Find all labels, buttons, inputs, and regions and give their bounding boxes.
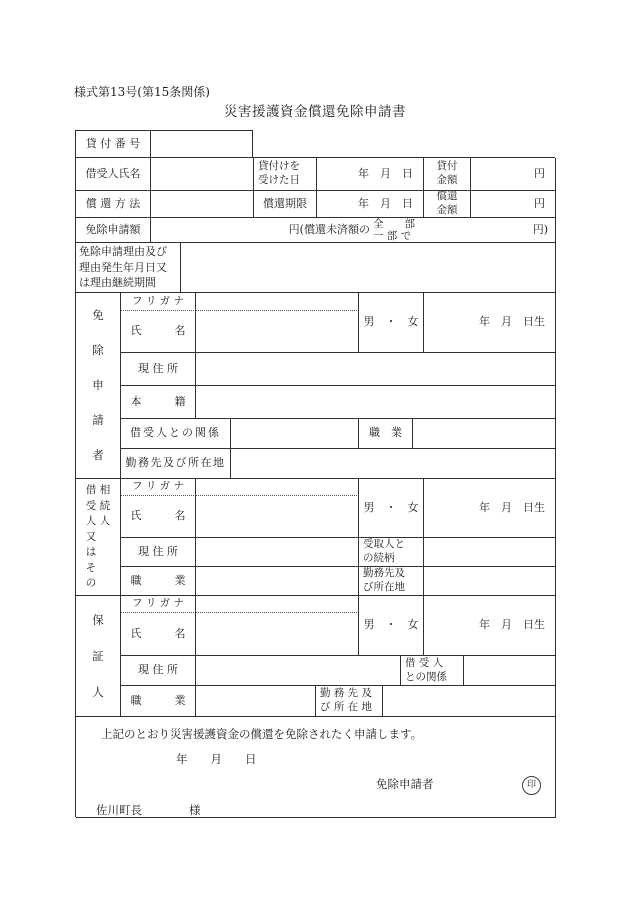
applicant-occupation-value <box>413 419 556 449</box>
applicant-section-label: 免除申請者 <box>76 293 121 479</box>
applicant-birth-value: 年 月 日生 <box>424 293 556 353</box>
applicant-address-value <box>196 353 556 386</box>
repayment-method-value <box>151 191 254 218</box>
heir-sex-options: 男 ・ 女 <box>359 479 424 538</box>
borrower-name-value <box>151 158 254 191</box>
form-number: 様式第13号(第15条関係) <box>74 83 210 100</box>
applicant-workplace-value <box>231 449 556 479</box>
heir-recipient-relation-label: 受取人と の続柄 <box>359 538 424 567</box>
heir-furigana-value <box>196 479 359 496</box>
guarantor-name-label: 氏 名 <box>121 613 196 656</box>
applicant-furigana-label: フ リ ガ ナ <box>121 293 196 311</box>
applicant-address-label: 現 住 所 <box>121 353 196 386</box>
declaration-text: 上記のとおり災害援護資金の償還を免除されたく申請します。 <box>101 727 422 742</box>
heir-workplace-value <box>424 567 556 596</box>
loan-date-label: 貸付けを 受けた日 <box>254 158 317 191</box>
repayment-amount-unit: 円 <box>471 191 556 218</box>
heir-section-label-line2: 相続人 <box>99 483 111 530</box>
applicant-name-label: 氏 名 <box>121 311 196 353</box>
applicant-registry-label: 本 籍 <box>121 386 196 419</box>
guarantor-occupation-value <box>196 686 316 717</box>
signature-applicant-label: 免除申請者 <box>376 777 434 792</box>
guarantor-relation-label: 借 受 人 との関係 <box>401 656 464 686</box>
footer-block: 上記のとおり災害援護資金の償還を免除されたく申請します。 年 月 日 免除申請者… <box>76 717 556 818</box>
repayment-deadline-value: 年 月 日 <box>317 191 424 218</box>
guarantor-furigana-value <box>196 596 359 613</box>
guarantor-sex-options: 男 ・ 女 <box>359 596 424 656</box>
loan-number-label: 貸 付 番 号 <box>76 131 151 157</box>
borrower-name-label: 借受人氏名 <box>76 158 151 191</box>
heir-furigana-label: フ リ ガ ナ <box>121 479 196 496</box>
loan-number-box: 貸 付 番 号 <box>75 130 253 157</box>
heir-workplace-label: 勤務先及 び所在地 <box>359 567 424 596</box>
signature-date: 年 月 日 <box>176 752 257 767</box>
repayment-method-label: 償 還 方 法 <box>76 191 151 218</box>
guarantor-address-label: 現 住 所 <box>121 656 196 686</box>
guarantor-relation-value <box>464 656 556 686</box>
loan-number-value <box>151 131 253 157</box>
exemption-reason-label: 免除申請理由及び 理由発生年月日又 は理由継続期間 <box>76 243 181 293</box>
loan-amount-unit: 円 <box>471 158 556 191</box>
page-title: 災害援護資金償還免除申請書 <box>0 100 630 120</box>
applicant-name-value <box>196 311 359 353</box>
heir-occupation-label: 職 業 <box>121 567 196 596</box>
guarantor-section-label-text: 保証人 <box>91 602 105 710</box>
exemption-amount-choice: 全 部 一 部 で <box>373 218 415 242</box>
heir-birth-value: 年 月 日生 <box>424 479 556 538</box>
application-form-page: 様式第13号(第15条関係) 災害援護資金償還免除申請書 貸 付 番 号 借受人… <box>0 0 630 915</box>
applicant-occupation-label: 職 業 <box>359 419 413 449</box>
repayment-amount-label: 償還 金額 <box>424 191 471 218</box>
heir-address-value <box>196 538 359 567</box>
guarantor-occupation-label: 職 業 <box>121 686 196 717</box>
exemption-amount-text-before: 円(償還未済額の <box>289 223 370 237</box>
addressee-name: 佐川町長 <box>96 803 142 818</box>
guarantor-workplace-label: 勤 務 先 及 び 所 在 地 <box>316 686 383 717</box>
exemption-amount-text-after: 円) <box>533 223 548 237</box>
seal-character: 印 <box>527 781 536 790</box>
applicant-registry-value <box>196 386 556 419</box>
heir-occupation-value <box>196 567 359 596</box>
applicant-workplace-label: 勤務先及び所在地 <box>121 449 231 479</box>
heir-recipient-relation-value <box>424 538 556 567</box>
applicant-relation-label: 借受人との関係 <box>121 419 231 449</box>
heir-section-label: 借受人又はその 相続人 <box>76 479 121 596</box>
guarantor-section-label: 保証人 <box>76 596 121 717</box>
addressee-honorific: 様 <box>189 803 201 818</box>
repayment-deadline-label: 償還期限 <box>254 191 317 218</box>
guarantor-workplace-value <box>383 686 556 717</box>
guarantor-birth-value: 年 月 日生 <box>424 596 556 656</box>
exemption-reason-value <box>181 243 556 293</box>
seal-mark-icon: 印 <box>522 776 541 795</box>
applicant-section-label-text: 免除申請者 <box>91 298 105 473</box>
applicant-sex-options: 男 ・ 女 <box>359 293 424 353</box>
loan-date-value: 年 月 日 <box>317 158 424 191</box>
exemption-amount-label: 免除申請額 <box>76 218 151 243</box>
guarantor-address-value <box>196 656 401 686</box>
heir-name-value <box>196 496 359 538</box>
guarantor-furigana-label: フ リ ガ ナ <box>121 596 196 613</box>
heir-address-label: 現 住 所 <box>121 538 196 567</box>
heir-section-label-line1: 借受人又はその <box>85 483 97 592</box>
loan-amount-label: 貸付 金額 <box>424 158 471 191</box>
applicant-furigana-value <box>196 293 359 311</box>
guarantor-name-value <box>196 613 359 656</box>
heir-name-label: 氏 名 <box>121 496 196 538</box>
applicant-relation-value <box>231 419 359 449</box>
exemption-amount-value: 円(償還未済額の 全 部 一 部 で 円) <box>151 218 556 243</box>
main-table: 借受人氏名 貸付けを 受けた日 年 月 日 貸付 金額 円 償 還 方 法 償還… <box>75 157 555 817</box>
